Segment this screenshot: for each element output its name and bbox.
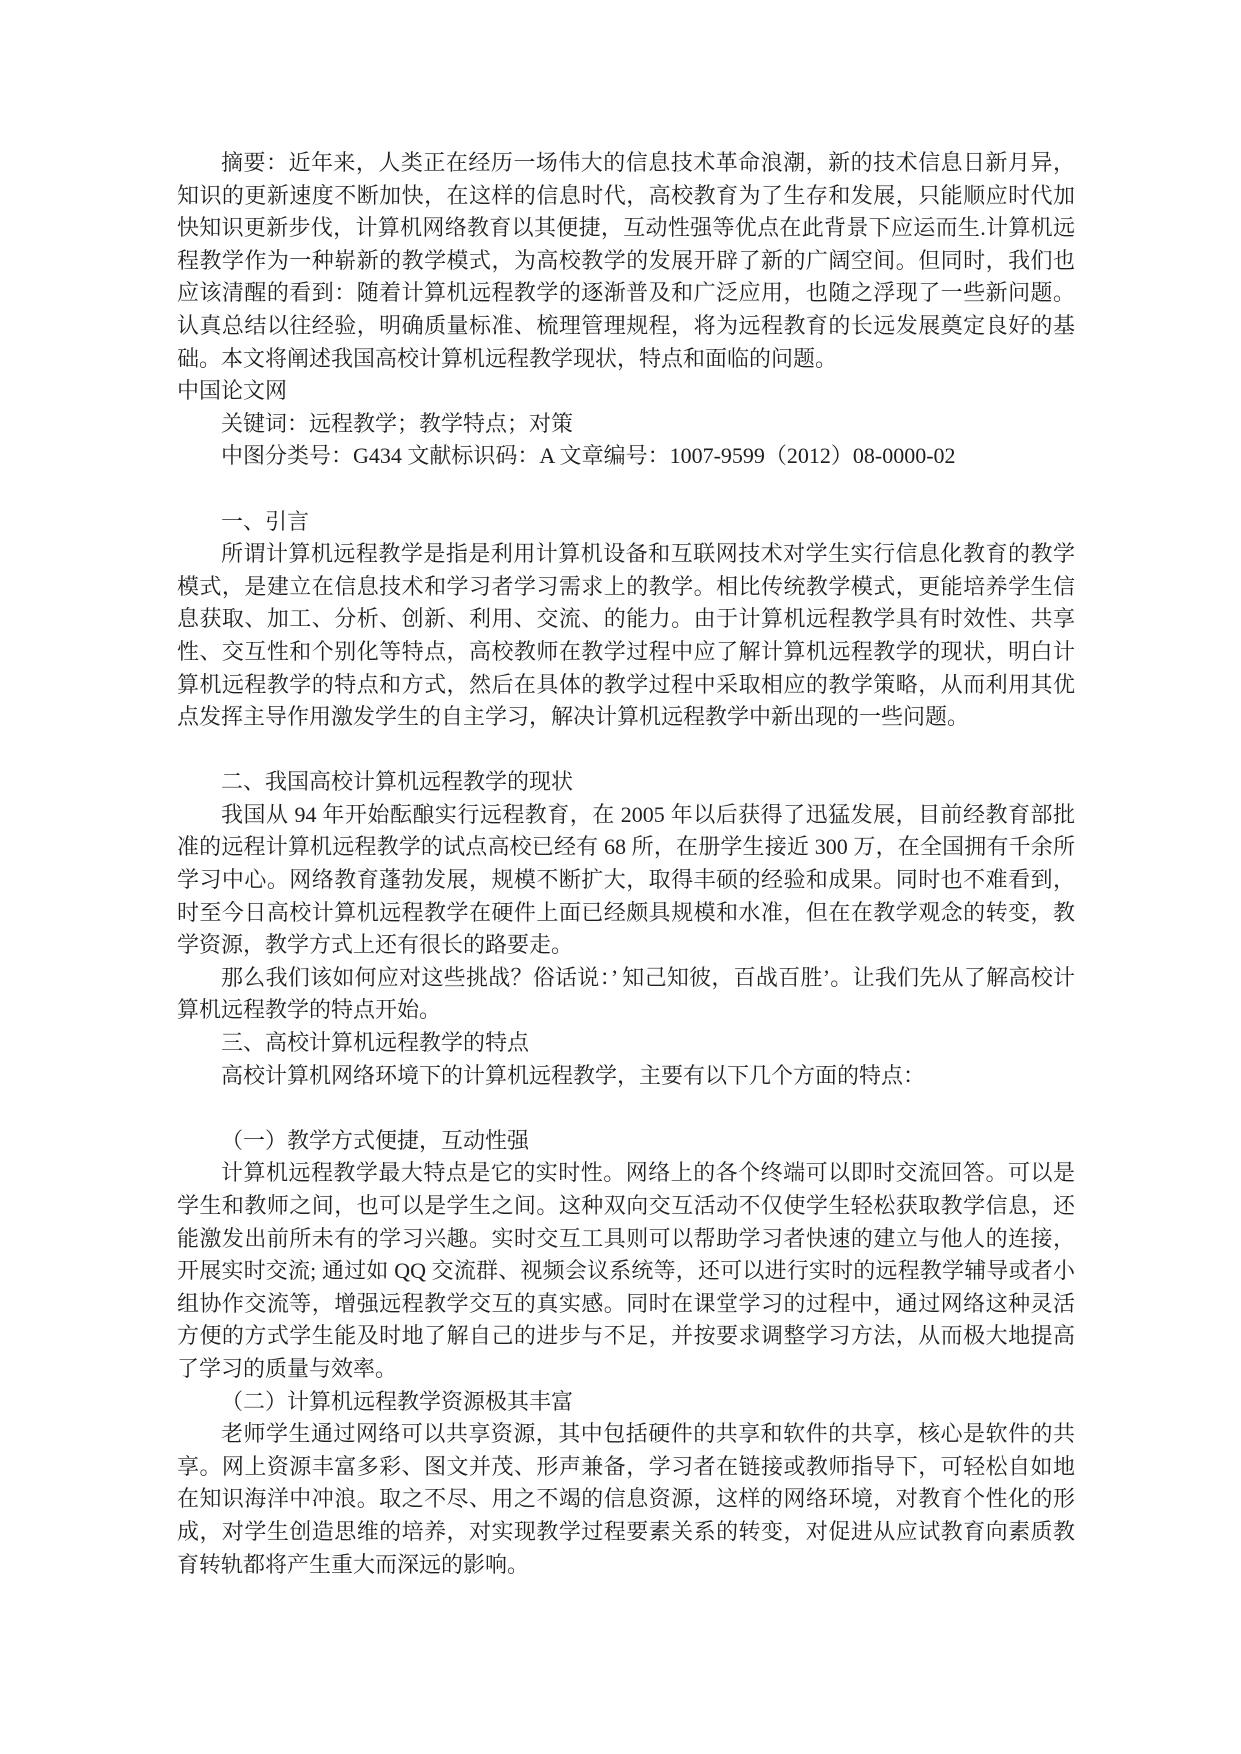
article-body: 摘要：近年来，人类正在经历一场伟大的信息技术革命浪潮，新的技术信息日新月异，知识… [177, 147, 1075, 1581]
section-2-paragraph-2: 那么我们该如何应对这些挑战？俗话说：’ 知己知彼，百战百胜’。让我们先从了解高校… [177, 962, 1075, 1027]
section-2-paragraph-1: 我国从 94 年开始酝酿实行远程教育，在 2005 年以后获得了迅猛发展，目前经… [177, 799, 1075, 962]
blank-line [177, 1092, 1075, 1125]
feature-2-paragraph: 老师学生通过网络可以共享资源，其中包括硬件的共享和软件的共享，核心是软件的共享。… [177, 1418, 1075, 1581]
blank-line [177, 473, 1075, 506]
site-name-line: 中国论文网 [177, 375, 1075, 408]
blank-line [177, 734, 1075, 767]
feature-1-paragraph: 计算机远程教学最大特点是它的实时性。网络上的各个终端可以即时交流回答。可以是学生… [177, 1157, 1075, 1385]
feature-1-subheading: （一）教学方式便捷，互动性强 [177, 1125, 1075, 1158]
section-2-heading: 二、我国高校计算机远程教学的现状 [177, 766, 1075, 799]
feature-2-subheading: （二）计算机远程教学资源极其丰富 [177, 1386, 1075, 1419]
classification-line: 中图分类号：G434 文献标识码：A 文章编号：1007-9599（2012）0… [177, 440, 1075, 473]
document-page: 摘要：近年来，人类正在经历一场伟大的信息技术革命浪潮，新的技术信息日新月异，知识… [0, 0, 1241, 1754]
section-1-heading: 一、引言 [177, 506, 1075, 539]
section-3-heading: 三、高校计算机远程教学的特点 [177, 1027, 1075, 1060]
section-1-paragraph: 所谓计算机远程教学是指是利用计算机设备和互联网技术对学生实行信息化教育的教学模式… [177, 538, 1075, 734]
section-3-intro-paragraph: 高校计算机网络环境下的计算机远程教学，主要有以下几个方面的特点： [177, 1060, 1075, 1093]
keywords-line: 关键词：远程教学；教学特点；对策 [177, 408, 1075, 441]
abstract-paragraph: 摘要：近年来，人类正在经历一场伟大的信息技术革命浪潮，新的技术信息日新月异，知识… [177, 147, 1075, 375]
